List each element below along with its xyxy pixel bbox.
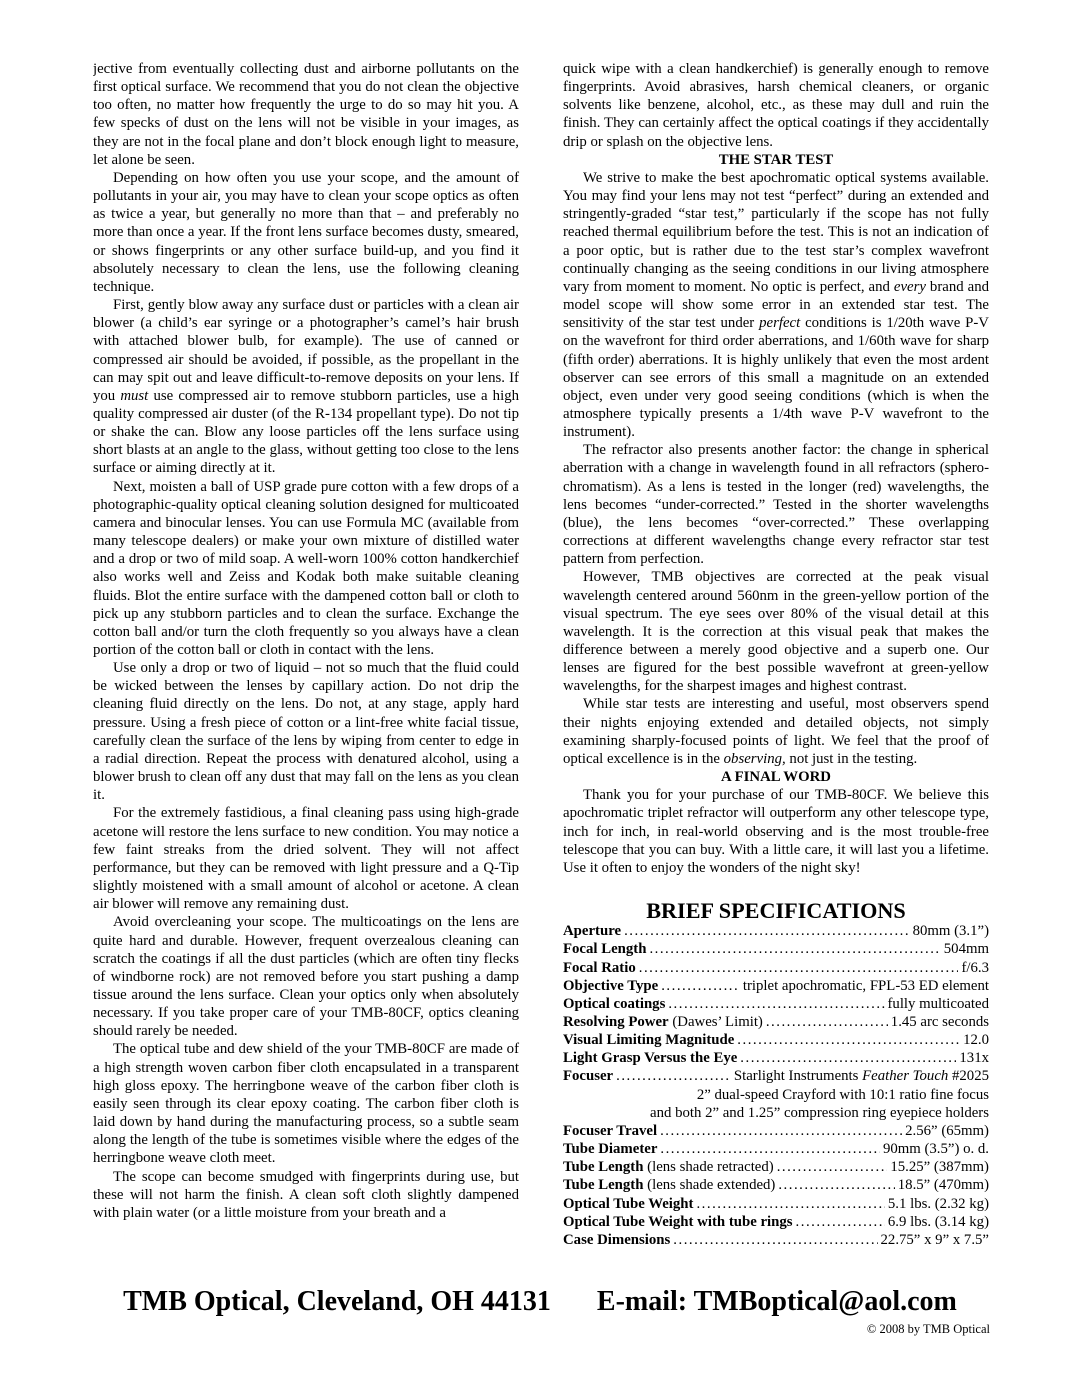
spec-row-optical-tube-weight: Optical Tube Weight 5.1 lbs. (2.32 kg) xyxy=(563,1195,989,1213)
spec-value: 1.45 arc seconds xyxy=(891,1013,989,1031)
left-column: jective from eventually collecting dust … xyxy=(93,60,519,1286)
dot-leader xyxy=(740,1049,956,1067)
paragraph-liquid-use: Use only a drop or two of liquid – not s… xyxy=(93,659,519,804)
spec-row-tube-length-extended: Tube Length (lens shade extended) 18.5” … xyxy=(563,1176,989,1194)
dot-leader xyxy=(673,1231,877,1249)
spec-value: 504mm xyxy=(944,940,989,958)
paragraph-thank-you: Thank you for your purchase of our TMB-8… xyxy=(563,786,989,877)
spec-value: fully multicoated xyxy=(888,995,990,1013)
spec-value: 18.5” (470mm) xyxy=(898,1176,989,1194)
spec-label: Tube Length xyxy=(563,1158,643,1176)
dot-leader xyxy=(737,1031,960,1049)
spec-row-optical-coatings: Optical coatings fully multicoated xyxy=(563,995,989,1013)
spec-label: Objective Type xyxy=(563,977,658,995)
spec-row-case-dimensions: Case Dimensions 22.75” x 9” x 7.5” xyxy=(563,1231,989,1249)
spec-value: 2.56” (65mm) xyxy=(905,1122,989,1140)
dot-leader xyxy=(696,1195,884,1213)
dot-leader xyxy=(616,1067,731,1085)
spec-row-visual-limiting-magnitude: Visual Limiting Magnitude 12.0 xyxy=(563,1031,989,1049)
paragraph-dust-intro-continuation: jective from eventually collecting dust … xyxy=(93,60,519,169)
paragraph-avoid-overcleaning: Avoid overcleaning your scope. The multi… xyxy=(93,913,519,1040)
paragraph-smudges-continuation: quick wipe with a clean handkerchief) is… xyxy=(563,60,989,151)
spec-value: 15.25” (387mm) xyxy=(890,1158,989,1176)
heading-the-star-test: THE STAR TEST xyxy=(563,151,989,169)
spec-label: Focuser xyxy=(563,1067,613,1085)
heading-a-final-word: A FINAL WORD xyxy=(563,768,989,786)
dot-leader xyxy=(778,1176,894,1194)
spec-value: 22.75” x 9” x 7.5” xyxy=(881,1231,989,1249)
right-column: quick wipe with a clean handkerchief) is… xyxy=(563,60,989,1286)
spec-row-aperture: Aperture 80mm (3.1”) xyxy=(563,922,989,940)
copyright-notice: © 2008 by TMB Optical xyxy=(867,1322,990,1336)
spec-label: Resolving Power xyxy=(563,1013,669,1031)
spec-value: 5.1 lbs. (2.32 kg) xyxy=(888,1195,989,1213)
dot-leader xyxy=(624,922,909,940)
dot-leader xyxy=(660,1122,902,1140)
spec-value: 90mm (3.5”) o. d. xyxy=(883,1140,989,1158)
dot-leader xyxy=(777,1158,888,1176)
spec-value: triplet apochromatic, FPL-53 ED element xyxy=(743,977,989,995)
spec-row-resolving-power: Resolving Power (Dawes’ Limit) 1.45 arc … xyxy=(563,1013,989,1031)
paragraph-cleaning-frequency: Depending on how often you use your scop… xyxy=(93,169,519,296)
spec-row-tube-length-retracted: Tube Length (lens shade retracted) 15.25… xyxy=(563,1158,989,1176)
dot-leader xyxy=(796,1213,885,1231)
spec-label: Light Grasp Versus the Eye xyxy=(563,1049,737,1067)
dot-leader xyxy=(766,1013,888,1031)
spec-label: Case Dimensions xyxy=(563,1231,670,1249)
spec-label: Optical Tube Weight xyxy=(563,1195,693,1213)
spec-label: Optical coatings xyxy=(563,995,665,1013)
paragraph-carbon-fiber-tube: The optical tube and dew shield of the y… xyxy=(93,1040,519,1167)
spec-label: Tube Diameter xyxy=(563,1140,657,1158)
spec-value: 12.0 xyxy=(963,1031,989,1049)
spec-label: Visual Limiting Magnitude xyxy=(563,1031,734,1049)
dot-leader xyxy=(661,977,740,995)
paragraph-cotton-cleaning: Next, moisten a ball of USP grade pure c… xyxy=(93,478,519,660)
spec-label-note: (Dawes’ Limit) xyxy=(669,1013,763,1031)
spec-row-weight-with-rings: Optical Tube Weight with tube rings 6.9 … xyxy=(563,1213,989,1231)
dot-leader xyxy=(660,1140,880,1158)
paragraph-sphero-chromatism: The refractor also presents another fact… xyxy=(563,441,989,568)
paragraph-peak-visual-wavelength: However, TMB objectives are corrected at… xyxy=(563,568,989,695)
paragraph-smudges: The scope can become smudged with finger… xyxy=(93,1168,519,1222)
spec-label: Tube Length xyxy=(563,1176,643,1194)
spec-label: Optical Tube Weight with tube rings xyxy=(563,1213,793,1231)
spec-label: Aperture xyxy=(563,922,621,940)
spec-label-note: (lens shade extended) xyxy=(643,1176,775,1194)
paragraph-blow-away-dust: First, gently blow away any surface dust… xyxy=(93,296,519,478)
spec-row-light-grasp: Light Grasp Versus the Eye 131x xyxy=(563,1049,989,1067)
spec-value: 80mm (3.1”) xyxy=(913,922,989,940)
two-column-body: jective from eventually collecting dust … xyxy=(93,60,989,1286)
footer-company-line: TMB Optical, Cleveland, OH 44131 E-mail:… xyxy=(0,1286,1080,1318)
spec-label: Focal Ratio xyxy=(563,959,636,977)
footer-email: E-mail: TMBoptical@aol.com xyxy=(597,1286,957,1318)
dot-leader xyxy=(649,940,940,958)
paragraph-star-test: We strive to make the best apochromatic … xyxy=(563,169,989,441)
spec-row-objective-type: Objective Type triplet apochromatic, FPL… xyxy=(563,977,989,995)
spec-value: Starlight Instruments Feather Touch #202… xyxy=(734,1067,989,1085)
footer-company-address: TMB Optical, Cleveland, OH 44131 xyxy=(123,1286,551,1318)
spec-row-focuser: Focuser Starlight Instruments Feather To… xyxy=(563,1067,989,1085)
dot-leader xyxy=(639,959,959,977)
paragraph-proof-in-observing: While star tests are interesting and use… xyxy=(563,695,989,768)
specifications-section: BRIEF SPECIFICATIONS Aperture 80mm (3.1”… xyxy=(563,902,989,1249)
spec-value: 131x xyxy=(959,1049,989,1067)
spec-focuser-continuation-2: and both 2” and 1.25” compression ring e… xyxy=(563,1104,989,1122)
spec-label: Focuser Travel xyxy=(563,1122,657,1140)
spec-value: 6.9 lbs. (3.14 kg) xyxy=(888,1213,989,1231)
document-page: jective from eventually collecting dust … xyxy=(0,0,1080,1397)
paragraph-acetone-pass: For the extremely fastidious, a final cl… xyxy=(93,804,519,913)
heading-brief-specifications: BRIEF SPECIFICATIONS xyxy=(563,902,989,920)
spec-row-focal-ratio: Focal Ratio f/6.3 xyxy=(563,959,989,977)
spec-value: f/6.3 xyxy=(961,959,989,977)
dot-leader xyxy=(668,995,884,1013)
spec-focuser-continuation-1: 2” dual-speed Crayford with 10:1 ratio f… xyxy=(563,1086,989,1104)
spec-label-note: (lens shade retracted) xyxy=(643,1158,773,1176)
spec-label: Focal Length xyxy=(563,940,646,958)
spec-row-focal-length: Focal Length 504mm xyxy=(563,940,989,958)
spec-row-tube-diameter: Tube Diameter 90mm (3.5”) o. d. xyxy=(563,1140,989,1158)
spec-row-focuser-travel: Focuser Travel 2.56” (65mm) xyxy=(563,1122,989,1140)
